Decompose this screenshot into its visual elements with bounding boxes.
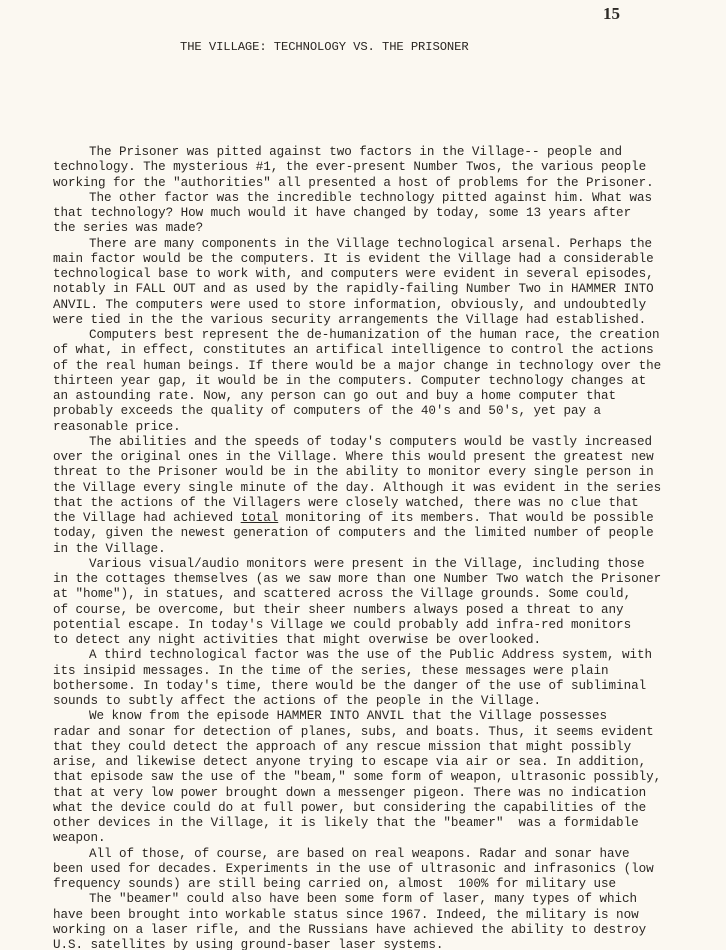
text-line: that the actions of the Villagers were c… xyxy=(53,496,693,511)
text-line: in the Village. xyxy=(53,542,693,557)
text-line: sounds to subtly affect the actions of t… xyxy=(53,694,693,709)
text-line: technological base to work with, and com… xyxy=(53,267,693,282)
text-line: at "home"), in statues, and scattered ac… xyxy=(53,587,693,602)
text-segment: the Village had achieved xyxy=(53,511,241,525)
text-line: The abilities and the speeds of today's … xyxy=(53,435,693,450)
text-line: bothersome. In today's time, there would… xyxy=(53,679,693,694)
text-line: other devices in the Village, it is like… xyxy=(53,816,693,831)
text-line: reasonable price. xyxy=(53,420,693,435)
text-line: that they could detect the approach of a… xyxy=(53,740,693,755)
text-line: technology. The mysterious #1, the ever-… xyxy=(53,160,693,175)
text-line: to detect any night activities that migh… xyxy=(53,633,693,648)
text-line: the series was made? xyxy=(53,221,693,236)
text-line: the Village every single minute of the d… xyxy=(53,481,693,496)
text-line: potential escape. In today's Village we … xyxy=(53,618,693,633)
text-line: There are many components in the Village… xyxy=(53,237,693,252)
text-line: of what, in effect, constitutes an artif… xyxy=(53,343,693,358)
text-line: The "beamer" could also have been some f… xyxy=(53,892,693,907)
text-line: its insipid messages. In the time of the… xyxy=(53,664,693,679)
text-line: A third technological factor was the use… xyxy=(53,648,693,663)
text-line: arise, and likewise detect anyone trying… xyxy=(53,755,693,770)
text-line: today, given the newest generation of co… xyxy=(53,526,693,541)
text-line: the Village had achieved total monitorin… xyxy=(53,511,693,526)
page-number: 15 xyxy=(603,4,620,24)
page-title: THE VILLAGE: TECHNOLOGY VS. THE PRISONER xyxy=(180,40,469,54)
text-line: what the device could do at full power, … xyxy=(53,801,693,816)
text-line: been used for decades. Experiments in th… xyxy=(53,862,693,877)
text-segment: monitoring of its members. That would be… xyxy=(278,511,653,525)
text-line: have been brought into workable status s… xyxy=(53,908,693,923)
text-line: of course, be overcome, but their sheer … xyxy=(53,603,693,618)
text-line: weapon. xyxy=(53,831,693,846)
article-body: The Prisoner was pitted against two fact… xyxy=(53,145,693,950)
text-line: Various visual/audio monitors were prese… xyxy=(53,557,693,572)
text-line: Computers best represent the de-humaniza… xyxy=(53,328,693,343)
text-line: that at very low power brought down a me… xyxy=(53,786,693,801)
underlined-word: total xyxy=(241,511,279,525)
text-line: We know from the episode HAMMER INTO ANV… xyxy=(53,709,693,724)
text-line: main factor would be the computers. It i… xyxy=(53,252,693,267)
text-line: thirteen year gap, it would be in the co… xyxy=(53,374,693,389)
text-line: All of those, of course, are based on re… xyxy=(53,847,693,862)
text-line: in the cottages themselves (as we saw mo… xyxy=(53,572,693,587)
text-line: working for the "authorities" all presen… xyxy=(53,176,693,191)
text-line: frequency sounds) are still being carrie… xyxy=(53,877,693,892)
text-line: that technology? How much would it have … xyxy=(53,206,693,221)
text-line: ANVIL. The computers were used to store … xyxy=(53,298,693,313)
text-line: of the real human beings. If there would… xyxy=(53,359,693,374)
text-line: notably in FALL OUT and as used by the r… xyxy=(53,282,693,297)
text-line: The other factor was the incredible tech… xyxy=(53,191,693,206)
text-line: an astounding rate. Now, any person can … xyxy=(53,389,693,404)
text-line: threat to the Prisoner would be in the a… xyxy=(53,465,693,480)
text-line: that episode saw the use of the "beam," … xyxy=(53,770,693,785)
text-line: working on a laser rifle, and the Russia… xyxy=(53,923,693,938)
text-line: U.S. satellites by using ground-baser la… xyxy=(53,938,693,950)
text-line: The Prisoner was pitted against two fact… xyxy=(53,145,693,160)
text-line: were tied in the the various security ar… xyxy=(53,313,693,328)
text-line: over the original ones in the Village. W… xyxy=(53,450,693,465)
text-line: probably exceeds the quality of computer… xyxy=(53,404,693,419)
text-line: radar and sonar for detection of planes,… xyxy=(53,725,693,740)
